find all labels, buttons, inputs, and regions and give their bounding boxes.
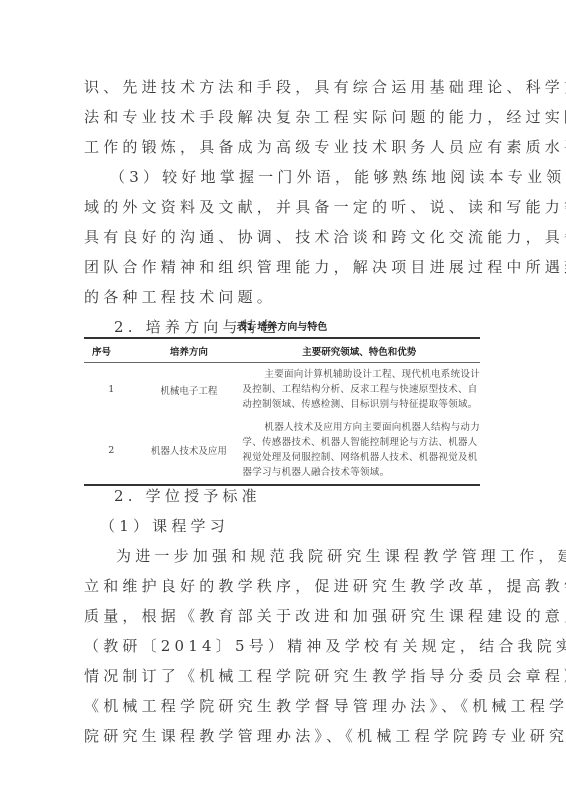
cell-description: 机器人技术及应用方向主要面向机器人结构与动力 学、传感器技术、机器人智能控制理论… [238, 416, 480, 485]
header-no: 序号 [84, 338, 139, 363]
text-line: 《机械工程学院研究生教学督导管理办法》、《机械工程学 [84, 691, 484, 721]
text-line: 工作的锻炼，具备成为高级专业技术职务人员应有素质水平。 [84, 132, 484, 162]
text-line: 团队合作精神和组织管理能力，解决项目进展过程中所遇到 [84, 252, 484, 282]
degree-standards-section: 2. 学位授予标准 （1）课程学习 为进一步加强和规范我院研究生课程教学管理工作… [84, 481, 484, 751]
text-line: 立和维护良好的教学秩序，促进研究生教学改革，提高教学 [84, 571, 484, 601]
desc-line: 主要面向计算机辅助设计工程、现代机电系统设计 [242, 367, 480, 382]
desc-line: 动控制领域、传感检测、目标识别与特征提取等领域。 [242, 397, 480, 412]
direction-table: 序号 培养方向 主要研究领域、特色和优势 1 机械电子工程 主要面向计算机辅助设… [84, 337, 480, 486]
text-line: 质量，根据《教育部关于改进和加强研究生课程建设的意见》 [84, 601, 484, 631]
paragraph-continuation: 识、先进技术方法和手段，具有综合运用基础理论、科学方 法和专业技术手段解决复杂工… [84, 72, 484, 342]
text-line: 院研究生课程教学管理办法》、《机械工程学院跨专业研究 [84, 721, 484, 751]
cell-no: 2 [84, 416, 139, 485]
page-number: 4 [278, 732, 283, 741]
text-line: 法和专业技术手段解决复杂工程实际问题的能力，经过实际 [84, 102, 484, 132]
table-caption: 表1 培养方向与特色 [84, 319, 480, 337]
cell-description: 主要面向计算机辅助设计工程、现代机电系统设计 及控制、工程结构分析、反求工程与快… [238, 363, 480, 417]
header-description: 主要研究领域、特色和优势 [238, 338, 480, 363]
cell-direction: 机器人技术及应用 [139, 416, 238, 485]
desc-line: 机器人技术及应用方向主要面向机器人结构与动力 [242, 420, 480, 435]
text-line: （教研〔2014〕5号）精神及学校有关规定，结合我院实际 [84, 631, 484, 661]
header-direction: 培养方向 [139, 338, 238, 363]
cell-direction: 机械电子工程 [139, 363, 238, 417]
table-row: 2 机器人技术及应用 机器人技术及应用方向主要面向机器人结构与动力 学、传感器技… [84, 416, 480, 485]
text-line: 的各种工程技术问题。 [84, 282, 484, 312]
table-row: 1 机械电子工程 主要面向计算机辅助设计工程、现代机电系统设计 及控制、工程结构… [84, 363, 480, 417]
desc-line: 视觉处理及伺服控制、网络机器人技术、机器视觉及机 [242, 450, 480, 465]
text-line: （3）较好地掌握一门外语，能够熟练地阅读本专业领 [84, 162, 484, 192]
text-line: 具有良好的沟通、协调、技术洽谈和跨文化交流能力，具备 [84, 222, 484, 252]
direction-table-block: 表1 培养方向与特色 序号 培养方向 主要研究领域、特色和优势 1 机械电子工程… [84, 319, 480, 486]
text-line: 识、先进技术方法和手段，具有综合运用基础理论、科学方 [84, 72, 484, 102]
desc-line: 及控制、工程结构分析、反求工程与快速原型技术、自 [242, 382, 480, 397]
text-line: 情况制订了《机械工程学院研究生教学指导分委员会章程》、 [84, 661, 484, 691]
cell-no: 1 [84, 363, 139, 417]
table-header-row: 序号 培养方向 主要研究领域、特色和优势 [84, 338, 480, 363]
desc-line: 学、传感器技术、机器人智能控制理论与方法、机器人 [242, 435, 480, 450]
subsection-heading: （1）课程学习 [84, 511, 484, 541]
document-page: 识、先进技术方法和手段，具有综合运用基础理论、科学方 法和专业技术手段解决复杂工… [0, 0, 566, 800]
section-heading: 2. 学位授予标准 [84, 481, 484, 511]
text-line: 域的外文资料及文献，并具备一定的听、说、读和写能力等。 [84, 192, 484, 222]
text-line: 为进一步加强和规范我院研究生课程教学管理工作，建 [84, 541, 484, 571]
desc-line: 器学习与机器人融合技术等领域。 [242, 465, 480, 480]
